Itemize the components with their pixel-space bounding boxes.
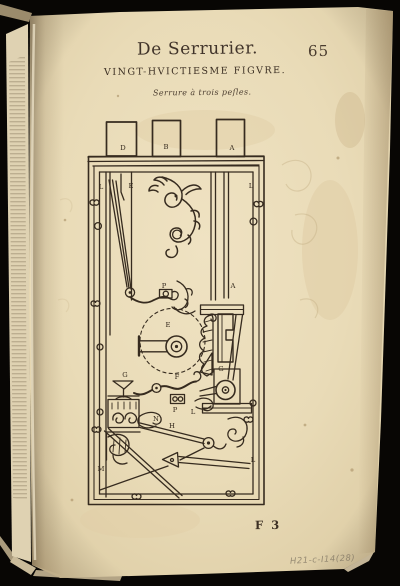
- figure-label-e: E: [166, 321, 171, 329]
- figure-label-b: B: [164, 143, 169, 151]
- figure-label-a: A: [229, 144, 235, 152]
- figure-label-h: H: [169, 422, 175, 430]
- figure-label-f: F: [175, 373, 180, 381]
- figure-label-l: L: [251, 456, 256, 464]
- figure-heading: VINGT-HVICTIESME FIGVRE.: [104, 65, 286, 78]
- figure-label-n: N: [153, 415, 159, 423]
- running-header: De Serrurier.: [137, 38, 258, 59]
- figure-label-g: G: [122, 371, 127, 379]
- figure-label-l: L: [99, 183, 104, 191]
- figure-label-p: P: [162, 282, 167, 290]
- page-number: 65: [308, 42, 329, 60]
- signature-mark: F 3: [255, 518, 281, 532]
- figure-label-e: E: [129, 182, 134, 190]
- figure-label-p: P: [173, 406, 178, 414]
- gutter-shadow: [30, 14, 64, 576]
- figure-label-g: G: [218, 365, 223, 373]
- figure-label-m: M: [98, 465, 105, 473]
- figure-label-l: L: [249, 182, 254, 190]
- figure-label-d: D: [120, 144, 126, 152]
- figure-caption: Serrure à trois peſles.: [153, 87, 252, 97]
- figure-label-a: A: [230, 282, 236, 290]
- figure-label-l: L: [191, 408, 196, 416]
- book-scan: DBALELPAEGGFPLNHML De Serrurier. 65 VING…: [0, 0, 400, 586]
